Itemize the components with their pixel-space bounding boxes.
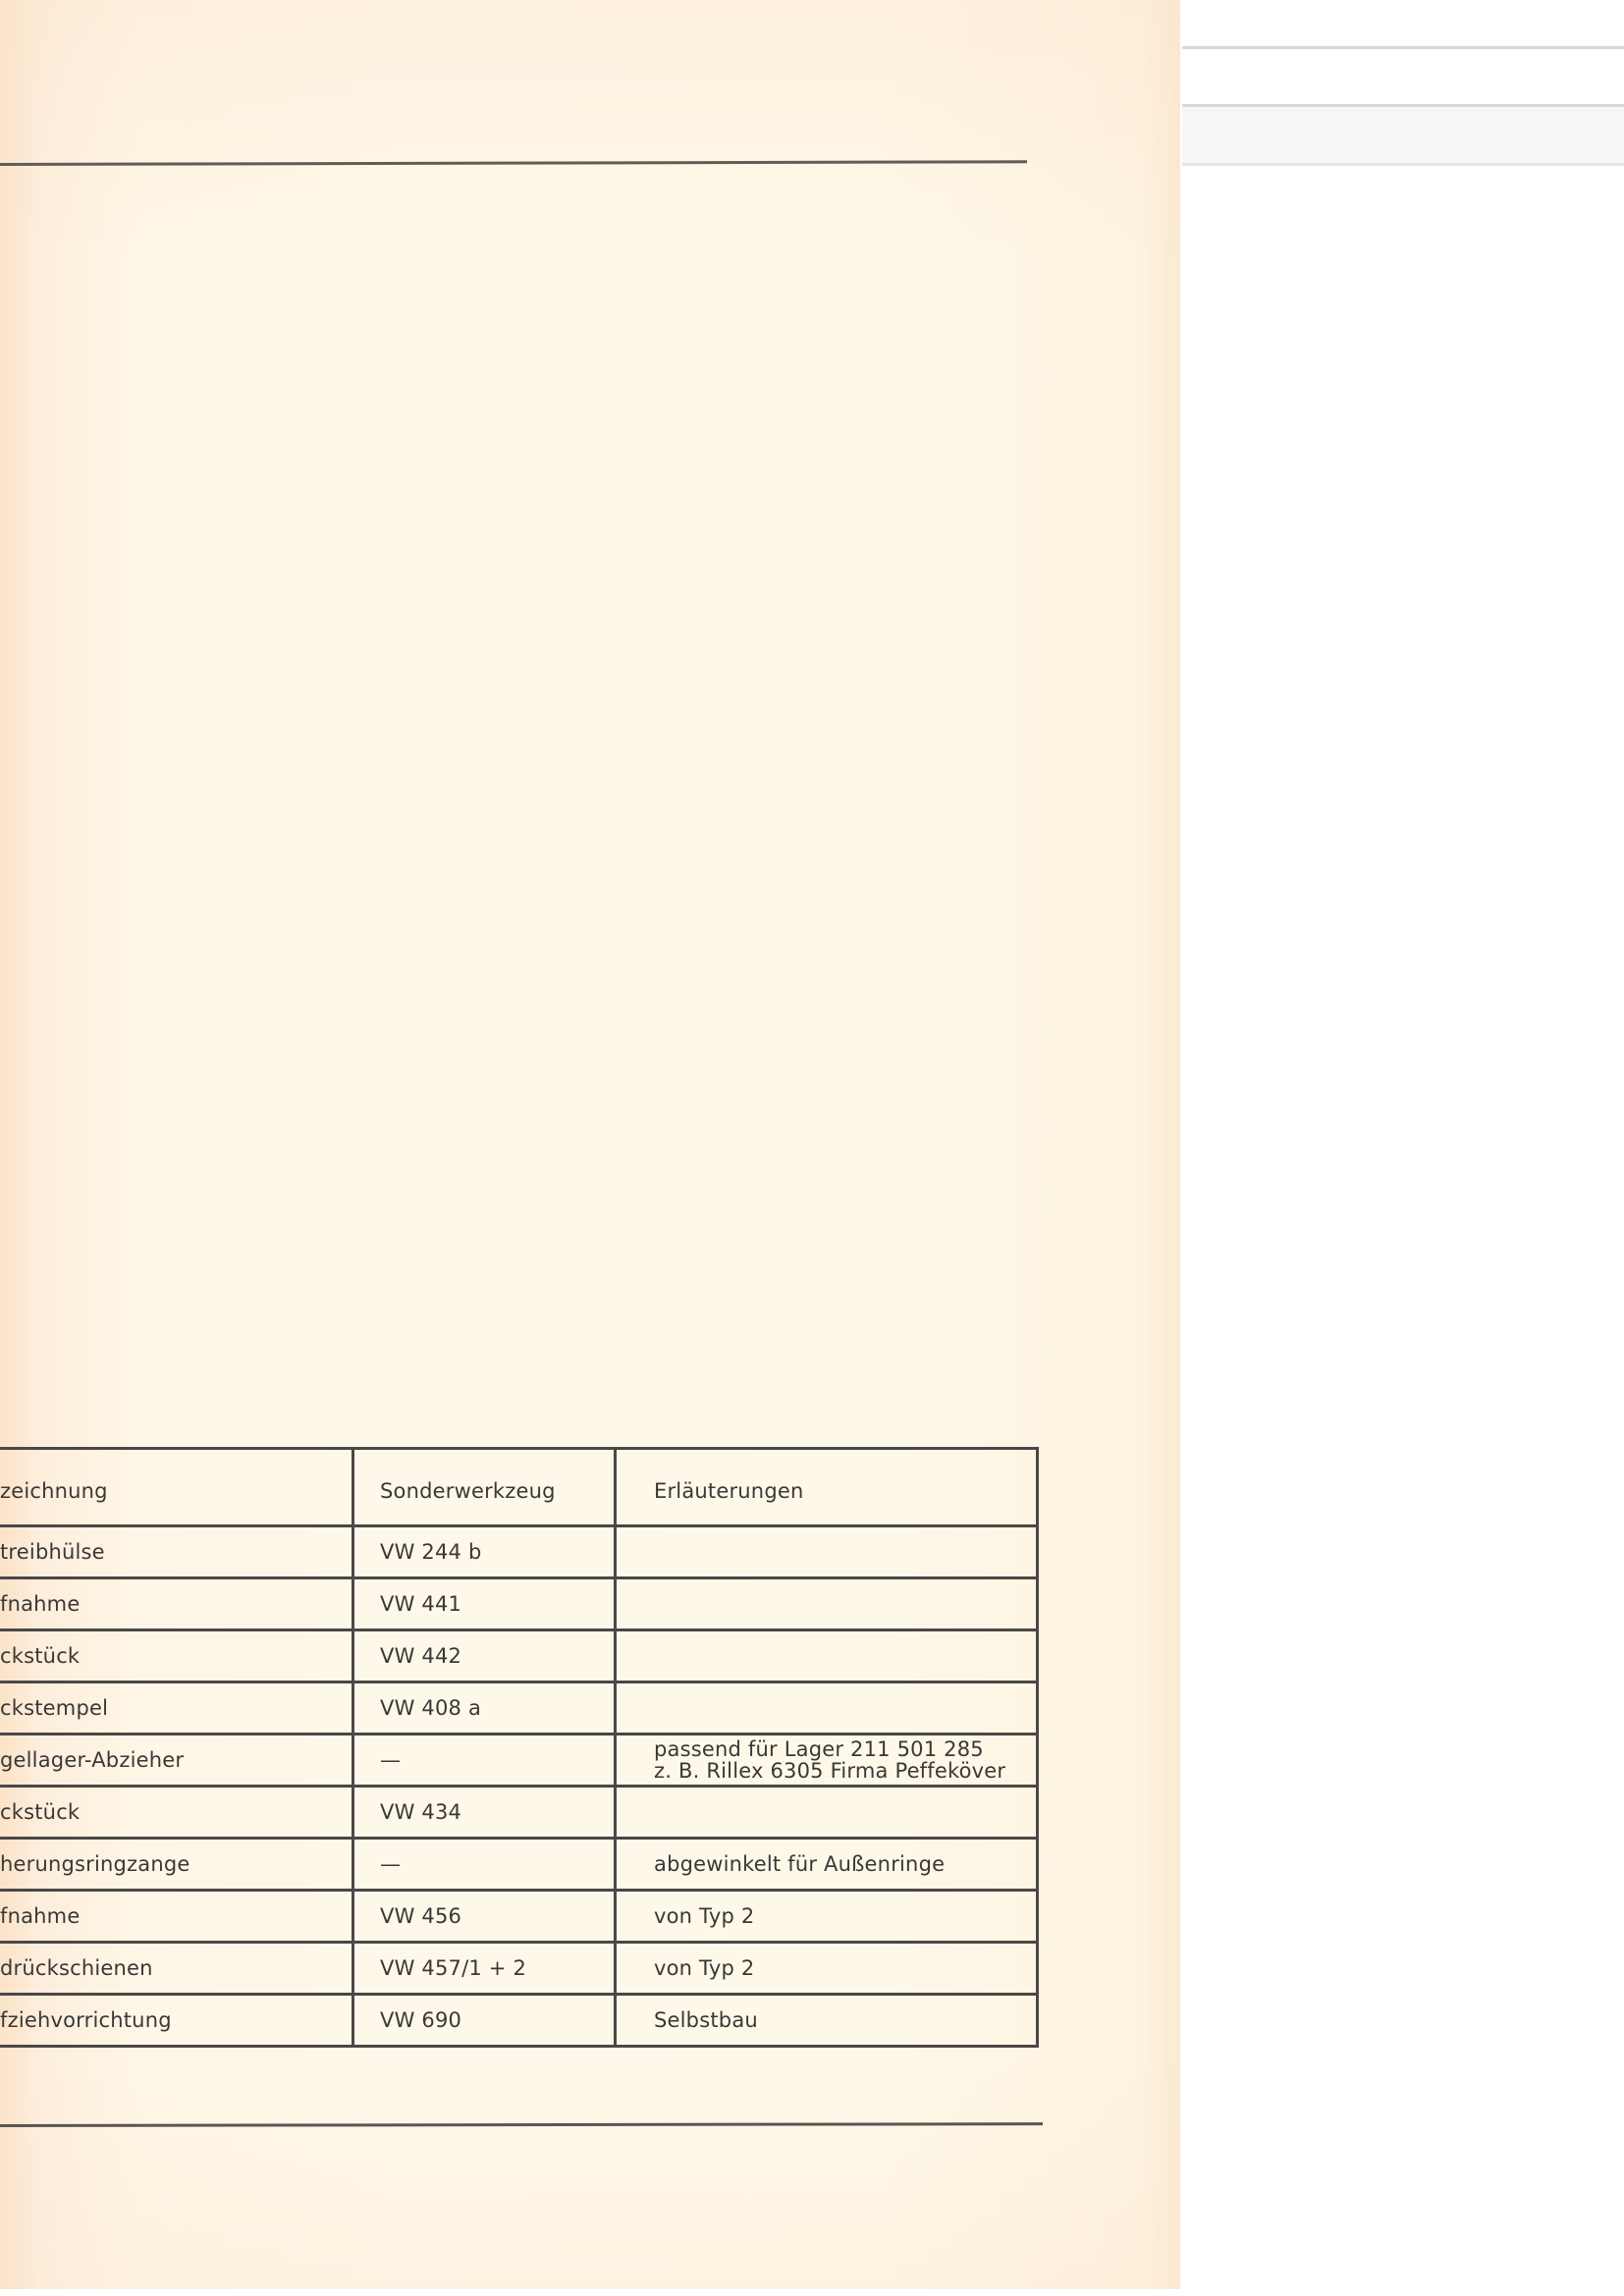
bottom-rule [0,2122,1043,2127]
page-edge-line [1182,46,1624,49]
cell-designation: drückschienen [0,1943,353,1995]
cell-explanation [616,1682,1038,1735]
explanation-line: abgewinkelt für Außenringe [654,1853,1036,1875]
cell-explanation [616,1526,1038,1578]
cell-designation: gellager-Abzieher [0,1735,353,1787]
explanation-line: passend für Lager 211 501 285 [654,1738,1036,1760]
cell-special-tool: VW 244 b [353,1526,616,1578]
explanation-line: von Typ 2 [654,1905,1036,1927]
cell-special-tool: VW 442 [353,1630,616,1682]
explanation-line: Selbstbau [654,2009,1036,2031]
page-edge-shade [1182,106,1624,163]
cell-explanation: von Typ 2 [616,1891,1038,1943]
cell-designation: ckstück [0,1787,353,1839]
cell-explanation [616,1787,1038,1839]
table-row: gellager-Abzieher—passend für Lager 211 … [0,1735,1038,1787]
cell-special-tool: — [353,1735,616,1787]
table-row: ckstempelVW 408 a [0,1682,1038,1735]
cell-designation: fnahme [0,1891,353,1943]
table-row: herungsringzange—abgewinkelt für Außenri… [0,1839,1038,1891]
header-designation: zeichnung [0,1449,353,1526]
table-row: fnahmeVW 456von Typ 2 [0,1891,1038,1943]
header-special-tool: Sonderwerkzeug [353,1449,616,1526]
cell-special-tool: VW 434 [353,1787,616,1839]
table-row: drückschienenVW 457/1 + 2von Typ 2 [0,1943,1038,1995]
cell-designation: fnahme [0,1578,353,1630]
cell-explanation: abgewinkelt für Außenringe [616,1839,1038,1891]
cell-special-tool: VW 408 a [353,1682,616,1735]
table-row: ckstückVW 442 [0,1630,1038,1682]
cell-designation: ckstempel [0,1682,353,1735]
cell-special-tool: VW 690 [353,1995,616,2047]
table-row: fnahmeVW 441 [0,1578,1038,1630]
cell-designation: herungsringzange [0,1839,353,1891]
page-edge-line [1182,163,1624,166]
table-row: treibhülseVW 244 b [0,1526,1038,1578]
cell-designation: treibhülse [0,1526,353,1578]
cell-designation: fziehvorrichtung [0,1995,353,2047]
cell-special-tool: VW 456 [353,1891,616,1943]
cell-explanation: Selbstbau [616,1995,1038,2047]
cell-special-tool: VW 441 [353,1578,616,1630]
table-row: ckstückVW 434 [0,1787,1038,1839]
cell-explanation [616,1630,1038,1682]
cell-special-tool: VW 457/1 + 2 [353,1943,616,1995]
top-rule [0,160,1027,166]
document-page: zeichnung Sonderwerkzeug Erläuterungen t… [0,0,1180,2289]
special-tools-table: zeichnung Sonderwerkzeug Erläuterungen t… [0,1447,1039,2048]
cell-explanation: passend für Lager 211 501 285z. B. Rille… [616,1735,1038,1787]
table-row: fziehvorrichtungVW 690Selbstbau [0,1995,1038,2047]
cell-special-tool: — [353,1839,616,1891]
cell-designation: ckstück [0,1630,353,1682]
cell-explanation: von Typ 2 [616,1943,1038,1995]
page-edge-line [1182,104,1624,107]
header-explanations: Erläuterungen [616,1449,1038,1526]
explanation-line: von Typ 2 [654,1957,1036,1979]
explanation-line: z. B. Rillex 6305 Firma Peffeköver [654,1760,1036,1782]
table-header-row: zeichnung Sonderwerkzeug Erläuterungen [0,1449,1038,1526]
adjacent-page-edge [1180,0,1624,167]
cell-explanation [616,1578,1038,1630]
